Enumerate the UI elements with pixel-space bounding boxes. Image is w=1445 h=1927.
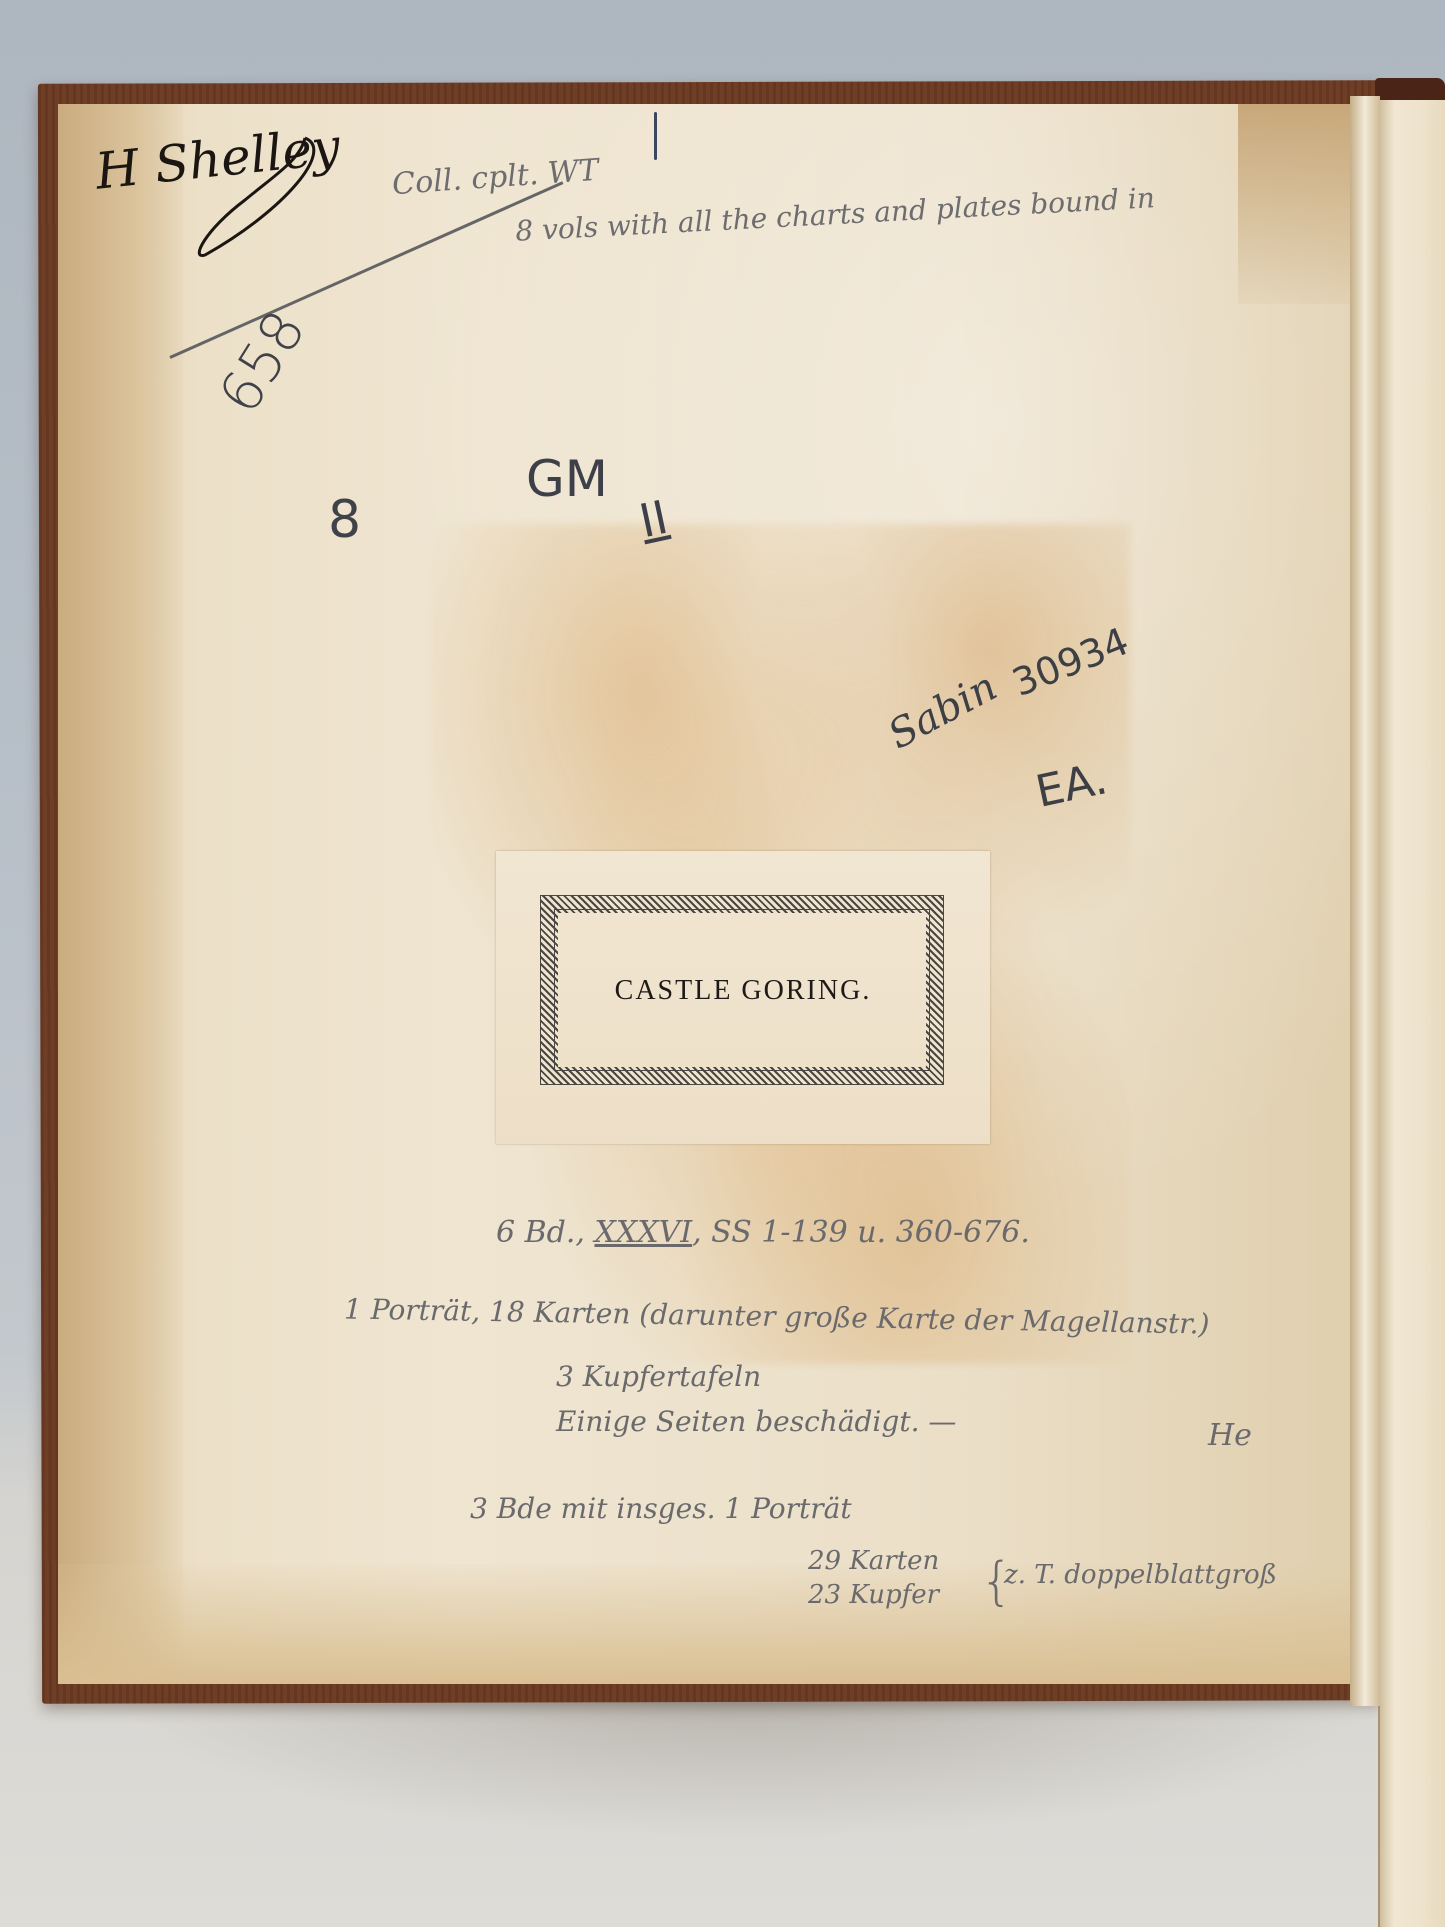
collation-line-8: z. T. doppelblattgroß [1004, 1560, 1277, 1590]
collation-line-3: 3 Kupfertafeln [556, 1360, 761, 1393]
collation-roman-numeral: XXXVI [595, 1215, 693, 1250]
collation-pages: , SS 1-139 u. 360-676. [692, 1215, 1030, 1250]
initials-he: He [1208, 1418, 1252, 1453]
collation-line-5: 3 Bde mit insges. 1 Porträt [470, 1492, 852, 1525]
collation-line-1: 6 Bd., XXXVI, SS 1-139 u. 360-676. [496, 1215, 1030, 1250]
signature-flourish-icon [185, 130, 325, 260]
flyleaf-edge [1378, 100, 1445, 1927]
bookplate-text: CASTLE GORING. [496, 975, 990, 1007]
bookplate-label: CASTLE GORING. [496, 851, 990, 1144]
ink-tick-mark [654, 112, 657, 160]
collation-line-4: Einige Seiten beschädigt. — [556, 1405, 956, 1438]
collation-line-7: 23 Kupfer [808, 1580, 939, 1610]
location-code: GM [526, 450, 608, 508]
hinge-joint [1350, 96, 1380, 1706]
book-shadow [110, 1690, 1390, 1840]
stain-top-right [1238, 104, 1358, 304]
collation-volumes: 6 Bd., [496, 1215, 585, 1250]
shelfmark-denominator: 8 [328, 490, 361, 550]
leather-turn-in-left [58, 104, 183, 1684]
collation-line-6: 29 Karten [808, 1546, 939, 1576]
